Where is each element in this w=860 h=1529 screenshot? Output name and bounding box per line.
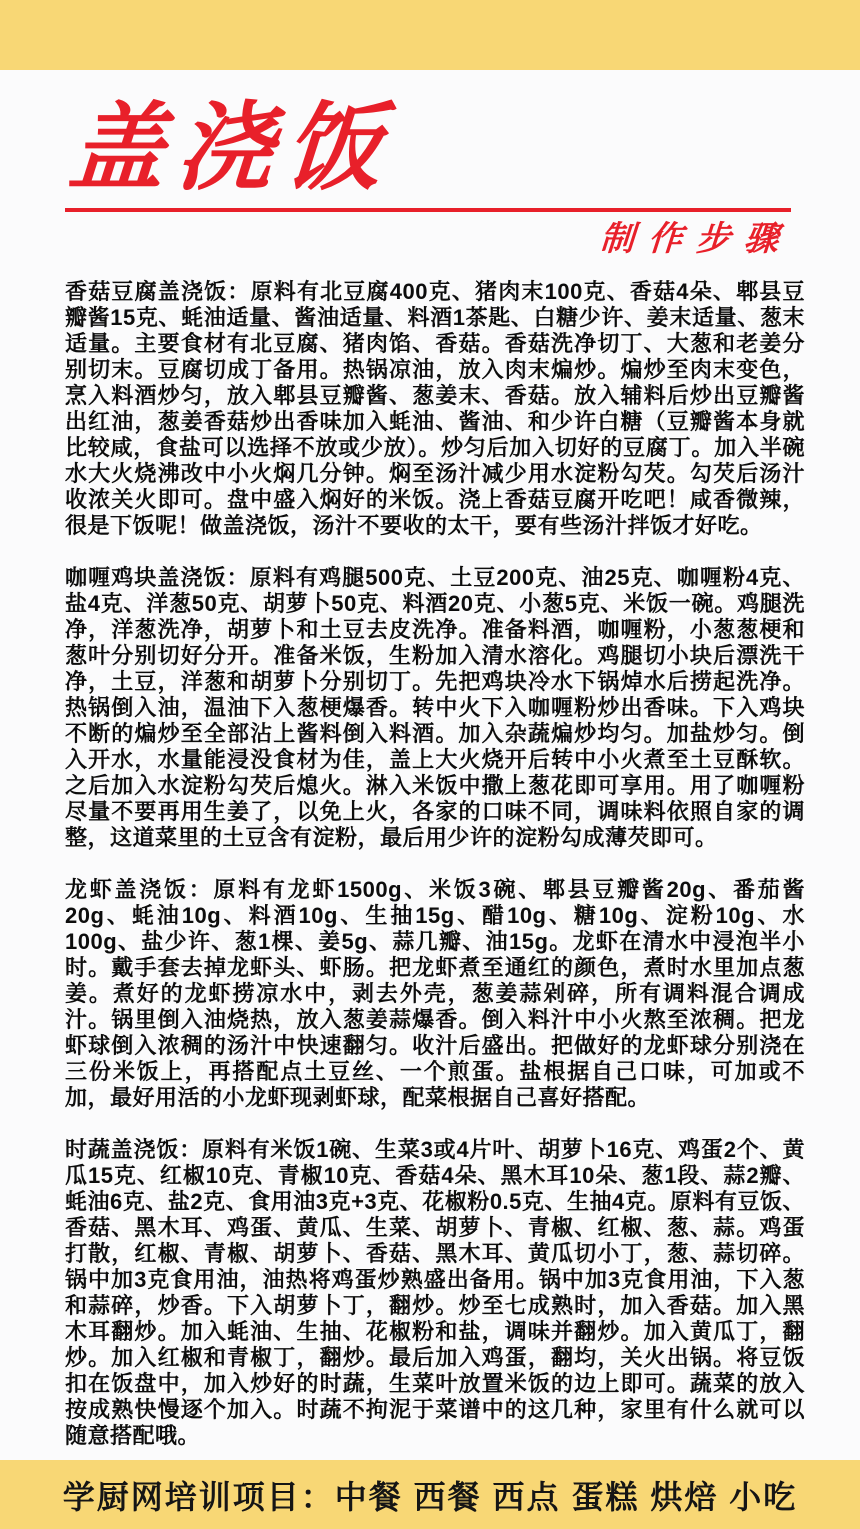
recipe-body: 原料有龙虾1500g、米饭3碗、郫县豆瓣酱20g、番茄酱20g、蚝油10g、料酒…: [65, 877, 805, 1110]
recipe-name: 时蔬盖浇饭: [65, 1137, 179, 1162]
recipe-paragraph-curry-chicken: 咖喱鸡块盖浇饭：原料有鸡腿500克、土豆200克、油25克、咖喱粉4克、盐4克、…: [65, 565, 805, 851]
footer-text: 学厨网培训项目：中餐 西餐 西点 蛋糕 烘焙 小吃: [63, 1472, 797, 1518]
recipe-body: 原料有北豆腐400克、猪肉末100克、香菇4朵、郫县豆瓣酱15克、蚝油适量、酱油…: [65, 279, 805, 538]
recipe-colon: ：: [227, 279, 250, 304]
recipe-name: 龙虾盖浇饭: [65, 877, 189, 902]
recipe-paragraph-mushroom-tofu: 香菇豆腐盖浇饭：原料有北豆腐400克、猪肉末100克、香菇4朵、郫县豆瓣酱15克…: [65, 279, 805, 539]
recipe-colon: ：: [179, 1137, 202, 1162]
recipe-body: 原料有米饭1碗、生菜3或4片叶、胡萝卜16克、鸡蛋2个、黄瓜15克、红椒10克、…: [65, 1137, 805, 1448]
title-divider: [65, 208, 791, 212]
top-banner: [0, 0, 860, 70]
recipe-body: 原料有鸡腿500克、土豆200克、油25克、咖喱粉4克、盐4克、洋葱50克、胡萝…: [65, 565, 805, 850]
recipe-colon: ：: [227, 565, 250, 590]
recipe-name: 咖喱鸡块盖浇饭: [65, 565, 227, 590]
page-subtitle: 制作步骤: [65, 221, 794, 257]
recipe-name: 香菇豆腐盖浇饭: [65, 279, 227, 304]
page-title: 盖浇饭: [65, 70, 814, 200]
header: 盖浇饭 制作步骤: [65, 70, 805, 257]
recipe-paragraph-seasonal-vegetables: 时蔬盖浇饭：原料有米饭1碗、生菜3或4片叶、胡萝卜16克、鸡蛋2个、黄瓜15克、…: [65, 1137, 805, 1449]
recipe-list: 香菇豆腐盖浇饭：原料有北豆腐400克、猪肉末100克、香菇4朵、郫县豆瓣酱15克…: [65, 279, 805, 1449]
footer-banner: 学厨网培训项目：中餐 西餐 西点 蛋糕 烘焙 小吃: [0, 1460, 860, 1529]
recipe-paragraph-crayfish: 龙虾盖浇饭：原料有龙虾1500g、米饭3碗、郫县豆瓣酱20g、番茄酱20g、蚝油…: [65, 877, 805, 1111]
recipe-colon: ：: [189, 877, 214, 902]
